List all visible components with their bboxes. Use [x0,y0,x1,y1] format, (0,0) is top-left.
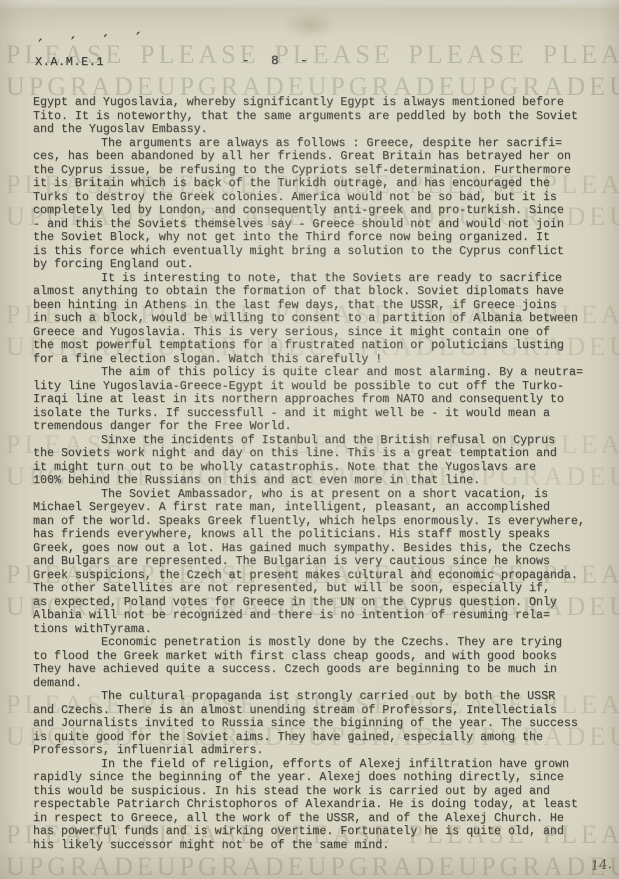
text-line: been hinting in Athens in the last few d… [33,299,608,313]
text-line: - and this the Soviets themselves say - … [33,218,608,232]
text-line: for a fine election slogan. Watch this c… [33,353,608,367]
paragraph: Egypt and Yugoslavia, whereby significan… [33,96,608,137]
text-line: man of the world. Speaks Greek fluently,… [33,515,608,529]
text-line: and Journalists invited to Russia since … [33,717,608,731]
text-line: Economic penetration is mostly done by t… [33,636,608,650]
text-line: and Bulgars are represented. The Bulgari… [33,555,608,569]
text-line: In the field of religion, efforts of Ale… [33,758,608,772]
page-number: - 8 - [242,54,315,68]
text-line: 100% behind the Russians on this and act… [33,474,608,488]
text-line: is quite good for the Soviet aims. They … [33,731,608,745]
document-body: Egypt and Yugoslavia, whereby significan… [33,96,608,852]
text-line: The aim of this policy is quite clear an… [33,366,608,380]
text-line: They have achieved quite a success. Czec… [33,663,608,677]
text-line: Michael Sergeyev. A first rate man, inte… [33,501,608,515]
text-line: Albania will not be recognized and there… [33,609,608,623]
text-line: The arguments are always as follows : Gr… [33,137,608,151]
text-line: The cultural propaganda ist strongly car… [33,690,608,704]
paragraph: The arguments are always as follows : Gr… [33,137,608,272]
text-line: Greek suspicions, the Czech at present m… [33,569,608,583]
paragraph: It is interesting to note, that the Sovi… [33,272,608,367]
text-line: Iraqi line at least in its northern appr… [33,393,608,407]
text-line: tions withTyrama. [33,623,608,637]
paragraph: The aim of this policy is quite clear an… [33,366,608,434]
text-line: lity line Yugoslavia-Greece-Egypt it wou… [33,380,608,394]
text-line: demand. [33,677,608,691]
text-line: Professors, influenrial admirers. [33,744,608,758]
paragraph: In the field of religion, efforts of Ale… [33,758,608,853]
text-line: Greek, goes now out a lot. Has gained mu… [33,542,608,556]
text-line: has friends everywhere, knows all the po… [33,528,608,542]
text-line: his likely successor might not be of the… [33,839,608,853]
text-line: has powerful funds and is wirking overti… [33,825,608,839]
text-line: Tito. It is noteworthy, that the same ar… [33,110,608,124]
text-line: isolate the Turks. If successfull - and … [33,407,608,421]
pen-marks: ´ ´ ´ ´ [36,29,153,55]
scanned-document-page: PLEASEPLEASEPLEASEPLEASEPLEASEUPGRADEUPG… [0,0,619,879]
text-line: to flood the Greek market with first cla… [33,650,608,664]
text-line: Greece and Yugoslavia. This is very seri… [33,326,608,340]
text-line: the Cyprus issue, be refusing to the Cyp… [33,164,608,178]
paragraph: Economic penetration is mostly done by t… [33,636,608,690]
paragraph: The Soviet Ambassador, who is at present… [33,488,608,637]
text-line: respectable Patriarch Christophoros of A… [33,798,608,812]
text-line: the most powerful temptations for a frus… [33,339,608,353]
text-line: Turks to destroy the Greek colonies. Ame… [33,191,608,205]
document-reference: X.A.M.E.1 [35,55,104,69]
document-content: ´ ´ ´ ´ X.A.M.E.1 - 8 - Egypt and Yugosl… [0,0,619,879]
handwritten-page-number: 14. [590,857,612,874]
text-line: this would be suspicious. In his stead t… [33,785,608,799]
text-line: it is Britain which is back of the Turki… [33,177,608,191]
text-line: Sinxe the incidents of Istanbul and the … [33,434,608,448]
text-line: Egypt and Yugoslavia, whereby significan… [33,96,608,110]
text-line: The Soviet Ambassador, who is at present… [33,488,608,502]
text-line: completely led by London, and consequent… [33,204,608,218]
text-line: as expected, Poland votes for Greece in … [33,596,608,610]
text-line: almost anything to obtain the formation … [33,285,608,299]
paragraph: The cultural propaganda ist strongly car… [33,690,608,758]
text-line: It is interesting to note, that the Sovi… [33,272,608,286]
text-line: tremendous danger for the Free World. [33,420,608,434]
text-line: in such a block, would be willing to con… [33,312,608,326]
text-line: ces, has been abandoned by all her frien… [33,150,608,164]
text-line: and the Yugoslav Embassy. [33,123,608,137]
text-line: and Czechs. There is an almost unending … [33,704,608,718]
text-line: it might turn out to be wholly catastrop… [33,461,608,475]
text-line: the Soviet Block, why not get into the T… [33,231,608,245]
text-line: The other Satellites are not represented… [33,582,608,596]
paragraph: Sinxe the incidents of Istanbul and the … [33,434,608,488]
text-line: rapidly since the beginning of the year.… [33,771,608,785]
text-line: in respect to Greece, all the work of th… [33,812,608,826]
text-line: is this force which eventually might bri… [33,245,608,259]
text-line: the Soviets work night and day on this l… [33,447,608,461]
text-line: by forcing England out. [33,258,608,272]
